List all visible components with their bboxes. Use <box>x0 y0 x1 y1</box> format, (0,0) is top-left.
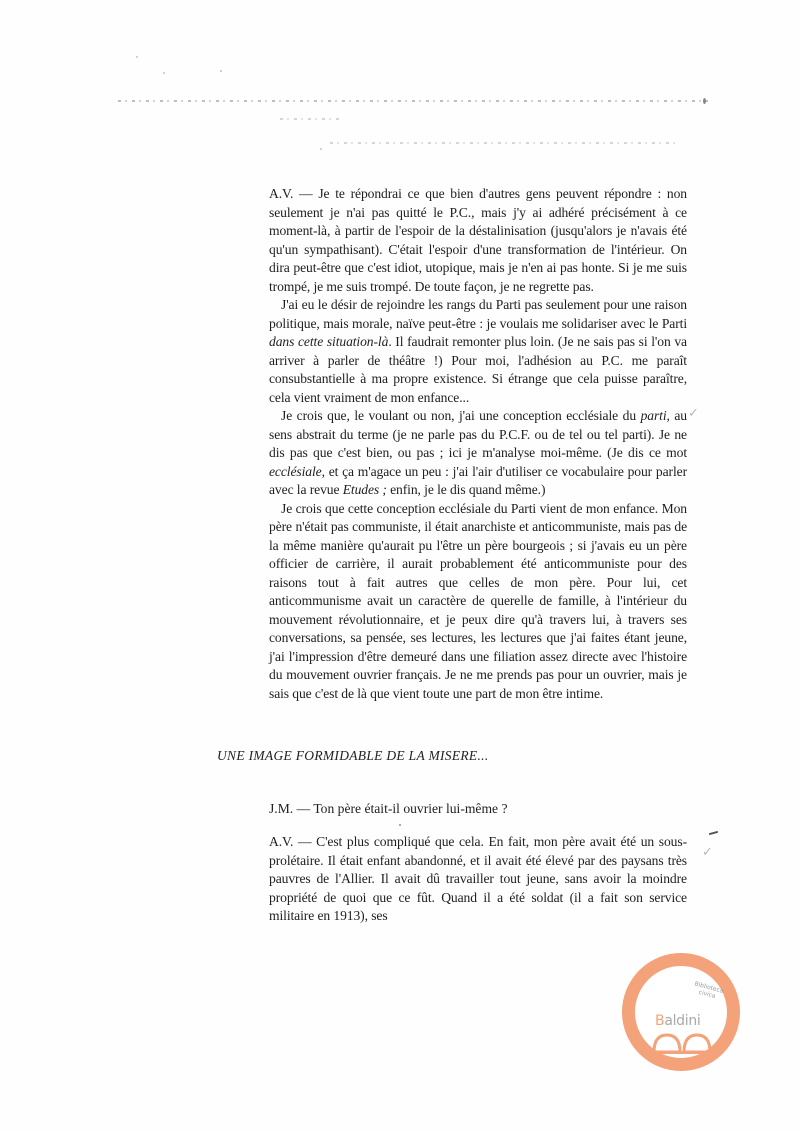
scan-speck <box>136 56 138 58</box>
scan-artifact-line <box>330 142 680 144</box>
text-run: J'ai eu le désir de rejoindre les rangs … <box>269 297 687 331</box>
italic-text: Etudes ; <box>343 482 387 497</box>
open-book-icon <box>651 1032 713 1054</box>
scan-speck <box>163 72 165 74</box>
interview-text: A.V. — Je te répondrai ce que bien d'aut… <box>269 185 687 703</box>
stamp-subtitle: Biblioteca civica <box>692 980 725 1001</box>
paragraph-2: J'ai eu le désir de rejoindre les rangs … <box>269 296 687 407</box>
text-run: Je crois que, le voulant ou non, j'ai un… <box>281 408 641 423</box>
paragraph-4: Je crois que cette conception ecclésiale… <box>269 500 687 704</box>
pen-mark <box>709 831 718 835</box>
scanned-page: A.V. — Je te répondrai ce que bien d'aut… <box>0 0 800 1131</box>
interviewer-question: J.M. — Ton père était-il ouvrier lui-mêm… <box>269 801 508 817</box>
scan-artifact-line <box>280 118 340 120</box>
stamp-initial: B <box>655 1013 664 1029</box>
text-run: enfin, je le dis quand même.) <box>387 482 546 497</box>
scan-speck <box>320 148 322 150</box>
section-heading: UNE IMAGE FORMIDABLE DE LA MISERE... <box>217 748 489 764</box>
paragraph-1: A.V. — Je te répondrai ce que bien d'aut… <box>269 185 687 296</box>
italic-text: ecclésiale <box>269 464 322 479</box>
scan-artifact-line <box>118 100 708 102</box>
italic-text: dans cette situation-là <box>269 334 388 349</box>
checkmark-icon: ✓ <box>688 406 699 421</box>
italic-text: parti <box>641 408 667 423</box>
scan-speck <box>399 824 401 826</box>
scan-speck <box>703 98 706 104</box>
stamp-name-rest: aldini <box>664 1013 700 1029</box>
checkmark-icon: ✓ <box>702 845 713 860</box>
interview-answer: A.V. — C'est plus compliqué que cela. En… <box>269 833 687 926</box>
paragraph-3: Je crois que, le voulant ou non, j'ai un… <box>269 407 687 500</box>
paragraph-answer: A.V. — C'est plus compliqué que cela. En… <box>269 833 687 926</box>
scan-speck <box>220 70 222 72</box>
library-stamp: Biblioteca civica Baldini <box>622 953 740 1071</box>
stamp-name: Baldini <box>655 1013 701 1029</box>
